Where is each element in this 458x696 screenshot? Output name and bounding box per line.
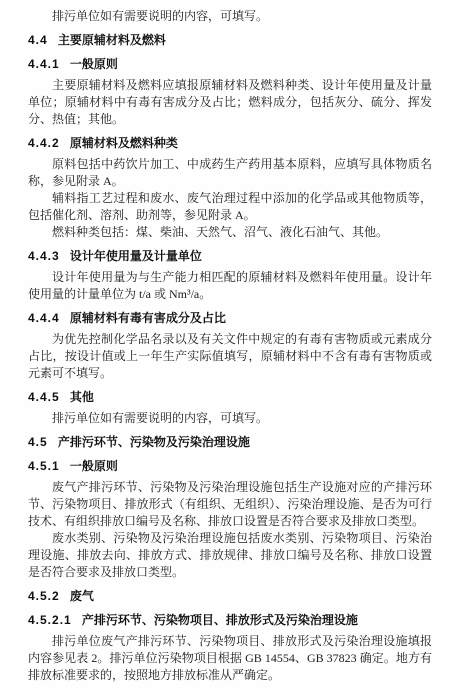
heading-4-4-3: 4.4.3设计年使用量及计量单位 [28,248,432,265]
heading-title: 产排污环节、污染物及污染治理设施 [58,435,250,449]
heading-title: 原辅材料及燃料种类 [70,136,178,150]
heading-title: 一般原则 [70,57,118,71]
heading-title: 废气 [70,589,94,603]
heading-number: 4.4.2 [28,136,60,150]
heading-title: 主要原辅材料及燃料 [58,33,166,47]
heading-title: 原辅材料有毒有害成分及占比 [70,311,226,325]
heading-title: 一般原则 [70,459,118,473]
paragraph-4-4-3-body: 设计年使用量为与生产能力相匹配的原辅材料及燃料年使用量。设计年使用量的计量单位为… [28,269,432,303]
heading-number: 4.4.3 [28,249,60,263]
paragraph-waste-water-links: 废水类别、污染物及污染治理设施包括废水类别、污染物项目、污染治理设施、排放去向、… [28,530,432,581]
heading-4-4-5: 4.4.5其他 [28,389,432,406]
heading-number: 4.4.5 [28,390,60,404]
heading-4-5-1: 4.5.1一般原则 [28,458,432,475]
paragraph-waste-gas-links: 废气产排污环节、污染物及污染治理设施包括生产设施对应的产排污环节、污染物项目、排… [28,479,432,530]
heading-number: 4.5.1 [28,459,60,473]
heading-title: 设计年使用量及计量单位 [70,249,202,263]
heading-number: 4.4.4 [28,311,60,325]
heading-title: 其他 [70,390,94,404]
heading-4-4-4: 4.4.4原辅材料有毒有害成分及占比 [28,310,432,327]
heading-4-4: 4.4主要原辅材料及燃料 [28,32,432,49]
heading-4-4-2: 4.4.2原辅材料及燃料种类 [28,135,432,152]
paragraph-4-5-2-1-body: 排污单位废气产排污环节、污染物项目、排放形式及污染治理设施填报内容参见表 2。排… [28,633,432,684]
paragraph-auxiliary-materials: 辅料指工艺过程和废水、废气治理过程中添加的化学品或其他物质等，包括催化剂、溶剂、… [28,190,432,224]
heading-number: 4.4 [28,33,48,47]
heading-4-5: 4.5产排污环节、污染物及污染治理设施 [28,434,432,451]
document-page: 排污单位如有需要说明的内容，可填写。 4.4主要原辅材料及燃料 4.4.1一般原… [0,0,458,696]
heading-4-4-1: 4.4.1一般原则 [28,56,432,73]
heading-number: 4.5.2 [28,589,60,603]
heading-4-5-2-1: 4.5.2.1产排污环节、污染物项目、排放形式及污染治理设施 [28,612,432,629]
heading-title: 产排污环节、污染物项目、排放形式及污染治理设施 [82,613,358,627]
heading-number: 4.5 [28,435,48,449]
paragraph-fuel-types: 燃料种类包括：煤、柴油、天然气、沼气、液化石油气、其他。 [28,224,432,241]
paragraph-4-4-5-body: 排污单位如有需要说明的内容，可填写。 [28,410,432,427]
paragraph-4-4-4-body: 为优先控制化学品名录以及有关文件中规定的有毒有害物质或元素成分占比，按设计值或上… [28,331,432,382]
paragraph-raw-materials: 原料包括中药饮片加工、中成药生产药用基本原料，应填写具体物质名称，参见附录 A。 [28,156,432,190]
paragraph-note-fillable: 排污单位如有需要说明的内容，可填写。 [28,8,432,25]
heading-number: 4.4.1 [28,57,60,71]
heading-number: 4.5.2.1 [28,613,72,627]
paragraph-4-4-1-body: 主要原辅材料及燃料应填报原辅材料及燃料种类、设计年使用量及计量单位；原辅材料中有… [28,77,432,128]
